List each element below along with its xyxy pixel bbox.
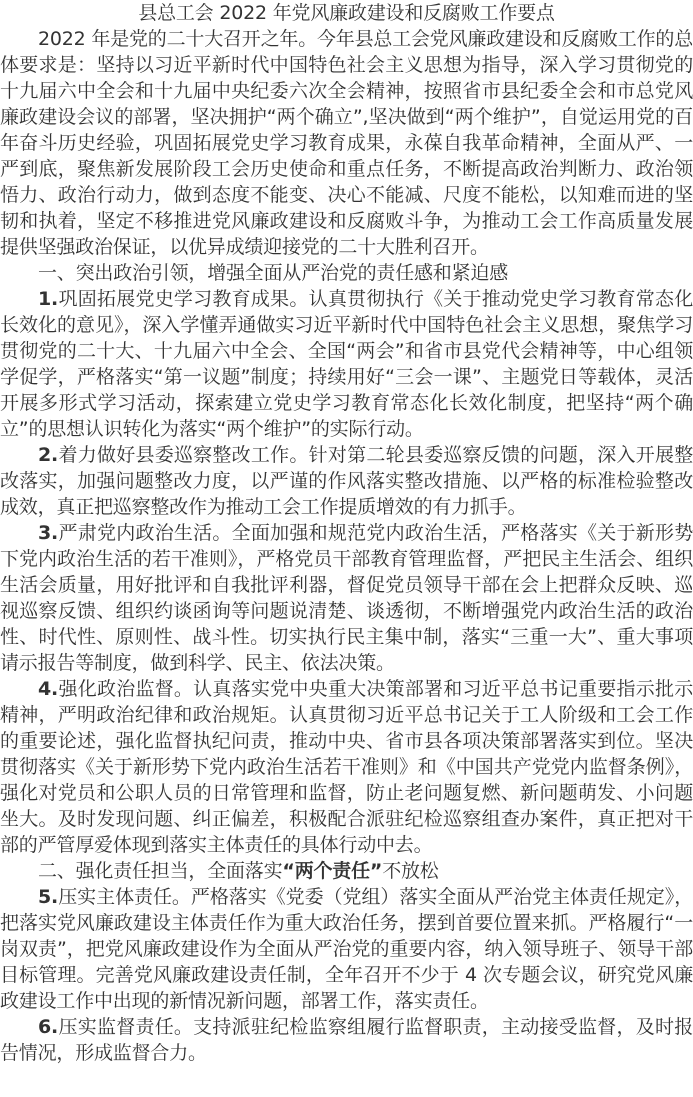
item-4: 4.强化政治监督。认真落实党中央重大决策部署和习近平总书记重要指示批示精神，严明…: [0, 676, 693, 858]
item-number: 5.: [38, 886, 58, 908]
item-text: 着力做好县委巡察整改工作。针对第二轮县委巡察反馈的问题，深入开展整改落实，加强问…: [0, 444, 693, 518]
item-text: 压实主体责任。严格落实《党委（党组）落实全面从严治党主体责任规定》，把落实党风廉…: [0, 886, 693, 1012]
section-heading-1: 一、突出政治引领，增强全面从严治党的责任感和紧迫感: [0, 260, 693, 286]
heading-suffix: 不放松: [382, 860, 438, 882]
document-title: 县总工会 2022 年党风廉政建设和反腐败工作要点: [0, 0, 693, 26]
section-heading-2: 二、强化责任担当，全面落实“两个责任”不放松: [0, 858, 693, 884]
intro-paragraph: 2022 年是党的二十大召开之年。今年县总工会党风廉政建设和反腐败工作的总体要求…: [0, 26, 693, 260]
item-2: 2.着力做好县委巡察整改工作。针对第二轮县委巡察反馈的问题，深入开展整改落实，加…: [0, 442, 693, 520]
item-text: 压实监督责任。支持派驻纪检监察组履行监督职责，主动接受监督，及时报告情况，形成监…: [0, 1016, 693, 1064]
document: 县总工会 2022 年党风廉政建设和反腐败工作要点 2022 年是党的二十大召开…: [0, 0, 693, 1066]
item-text: 严肃党内政治生活。全面加强和规范党内政治生活，严格落实《关于新形势下党内政治生活…: [0, 522, 693, 674]
item-number: 6.: [38, 1016, 58, 1038]
heading-prefix: 二、强化责任担当，全面落实: [38, 860, 282, 882]
item-text: 巩固拓展党史学习教育成果。认真贯彻执行《关于推动党史学习教育常态化长效化的意见》…: [0, 288, 693, 440]
item-3: 3.严肃党内政治生活。全面加强和规范党内政治生活，严格落实《关于新形势下党内政治…: [0, 520, 693, 676]
item-number: 1.: [38, 288, 58, 310]
item-text: 强化政治监督。认真落实党中央重大决策部署和习近平总书记重要指示批示精神，严明政治…: [0, 678, 693, 856]
item-number: 4.: [38, 678, 58, 700]
item-6: 6.压实监督责任。支持派驻纪检监察组履行监督职责，主动接受监督，及时报告情况，形…: [0, 1014, 693, 1066]
item-1: 1.巩固拓展党史学习教育成果。认真贯彻执行《关于推动党史学习教育常态化长效化的意…: [0, 286, 693, 442]
item-5: 5.压实主体责任。严格落实《党委（党组）落实全面从严治党主体责任规定》，把落实党…: [0, 884, 693, 1014]
heading-bold: “两个责任”: [282, 860, 382, 882]
item-number: 2.: [38, 444, 58, 466]
item-number: 3.: [38, 522, 58, 544]
